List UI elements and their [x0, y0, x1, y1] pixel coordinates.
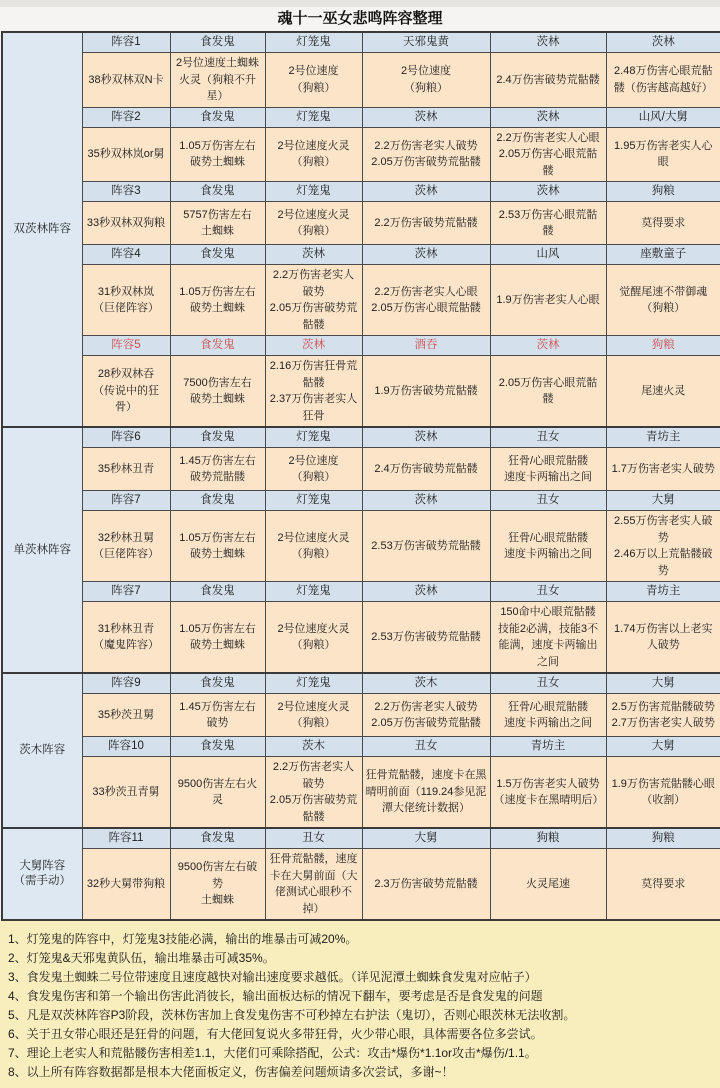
lineup-header-row: 阵容5食发鬼茨林酒吞茨林狗粮 [2, 336, 720, 356]
lineup-data-row: 35秒茨丑舅1.45万伤害左右 破势2号位速度火灵 （狗粮）2.2万伤害老实人破… [2, 694, 720, 737]
character-cell: 狗粮 [606, 828, 720, 849]
character-cell: 丑女 [490, 491, 606, 511]
detail-cell: 1.45万伤害左右 破势荒骷髅 [170, 448, 265, 491]
lineup-header-row: 阵容10食发鬼茨木丑女青坊主大舅 [2, 737, 720, 757]
lineup-label: 35秒林丑青 [82, 448, 170, 491]
lineup-label: 33秒双林双狗粮 [82, 202, 170, 245]
character-cell: 茨林 [362, 245, 490, 265]
character-cell: 茨林 [490, 107, 606, 127]
character-cell: 山风/大舅 [606, 107, 720, 127]
lineup-id: 阵容11 [82, 828, 170, 849]
character-cell: 大舅 [362, 828, 490, 849]
detail-cell: 2.2万伤害老实人破势 2.05万伤害破势荒骷髅 [362, 127, 490, 182]
character-cell: 灯笼鬼 [265, 673, 362, 694]
detail-cell: 9500伤害左右火灵 [170, 757, 265, 829]
detail-cell: 1.7万伤害老实人破势 [606, 448, 720, 491]
detail-cell: 1.74万伤害以上老实人破势 [606, 602, 720, 674]
lineup-data-row: 33秒茨丑青舅9500伤害左右火灵2.2万伤害老实人破势 2.05万伤害破势荒骷… [2, 757, 720, 829]
character-cell: 丑女 [490, 582, 606, 602]
detail-cell: 1.9万伤害破势荒骷髅 [362, 356, 490, 428]
detail-cell: 1.05万伤害左右 破势土蜘蛛 [170, 265, 265, 336]
lineup-label: 31秒林丑青 （魔鬼阵容） [82, 602, 170, 674]
detail-cell: 觉醒尾速不带御魂 （狗粮） [606, 265, 720, 336]
character-cell: 座敷童子 [606, 245, 720, 265]
detail-cell: 2.3万伤害破势荒骷髅 [362, 849, 490, 921]
character-cell: 山风 [490, 245, 606, 265]
lineup-id: 阵容3 [82, 182, 170, 202]
character-cell: 狗粮 [606, 182, 720, 202]
note-line: 8、以上所有阵容数据都是根本大佬面板定义，伤害偏差问题烦请多次尝试，多谢~！ [8, 1063, 712, 1082]
character-cell: 灯笼鬼 [265, 32, 362, 53]
lineup-label: 33秒茨丑青舅 [82, 757, 170, 829]
note-line: 3、食发鬼土蜘蛛二号位带速度且速度越快对输出速度要求越低。（详见泥潭土蜘蛛食发鬼… [8, 968, 712, 987]
character-cell: 狗粮 [606, 336, 720, 356]
lineup-data-row: 38秒双林双N卡2号位速度土蜘蛛火灵（狗粮不升星）2号位速度 （狗粮）2号位速度… [2, 53, 720, 108]
detail-cell: 2号位速度 （狗粮） [362, 53, 490, 108]
lineup-label: 32秒林丑舅 （巨佬阵容） [82, 511, 170, 582]
character-cell: 灯笼鬼 [265, 582, 362, 602]
lineup-header-row: 阵容7食发鬼灯笼鬼茨林丑女大舅 [2, 491, 720, 511]
detail-cell: 1.45万伤害左右 破势 [170, 694, 265, 737]
character-cell: 丑女 [362, 737, 490, 757]
character-cell: 丑女 [490, 673, 606, 694]
character-cell: 狗粮 [490, 828, 606, 849]
detail-cell: 火灵尾速 [490, 849, 606, 921]
lineup-data-row: 31秒双林岚 （巨佬阵容）1.05万伤害左右 破势土蜘蛛2.2万伤害老实人破势 … [2, 265, 720, 336]
detail-cell: 尾速火灵 [606, 356, 720, 428]
detail-cell: 1.05万伤害左右 破势土蜘蛛 [170, 602, 265, 674]
character-cell: 青坊主 [606, 427, 720, 448]
lineup-table-body: 双茨林阵容阵容1食发鬼灯笼鬼天邪鬼黄茨林茨林38秒双林双N卡2号位速度土蜘蛛火灵… [2, 32, 720, 920]
detail-cell: 2号位速度火灵 （狗粮） [265, 694, 362, 737]
character-cell: 灯笼鬼 [265, 107, 362, 127]
detail-cell: 2号位速度火灵 （狗粮） [265, 202, 362, 245]
detail-cell: 2.4万伤害破势荒骷髅 [490, 53, 606, 108]
detail-cell: 150命中心眼荒骷髅 技能2必满，技能3不能满，速度卡两输出之间 [490, 602, 606, 674]
detail-cell: 9500伤害左右破势 土蜘蛛 [170, 849, 265, 921]
character-cell: 茨林 [265, 336, 362, 356]
lineup-header-row: 双茨林阵容阵容1食发鬼灯笼鬼天邪鬼黄茨林茨林 [2, 32, 720, 53]
lineup-id: 阵容1 [82, 32, 170, 53]
lineup-data-row: 35秒林丑青1.45万伤害左右 破势荒骷髅2号位速度 （狗粮）2.4万伤害破势荒… [2, 448, 720, 491]
character-cell: 食发鬼 [170, 828, 265, 849]
group-label: 双茨林阵容 [2, 32, 82, 427]
character-cell: 食发鬼 [170, 427, 265, 448]
character-cell: 茨木 [362, 673, 490, 694]
note-line: 5、凡是双茨林阵容P3阶段，茨林伤害加上食发鬼伤害不可秒掉左右护法（鬼切），否则… [8, 1006, 712, 1025]
character-cell: 食发鬼 [170, 245, 265, 265]
note-line: 6、关于丑女带心眼还是狂骨的问题，有大佬回复说火多带狂骨，火少带心眼，具体需要各… [8, 1025, 712, 1044]
character-cell: 灯笼鬼 [265, 491, 362, 511]
lineup-data-row: 35秒双林岚or舅1.05万伤害左右 破势土蜘蛛2号位速度火灵 （狗粮）2.2万… [2, 127, 720, 182]
detail-cell: 5757伤害左右 土蜘蛛 [170, 202, 265, 245]
lineup-table: 双茨林阵容阵容1食发鬼灯笼鬼天邪鬼黄茨林茨林38秒双林双N卡2号位速度土蜘蛛火灵… [1, 31, 720, 921]
detail-cell: 2号位速度 （狗粮） [265, 448, 362, 491]
character-cell: 大舅 [606, 673, 720, 694]
detail-cell: 1.5万伤害老实人破势 （速度卡在黑晴明后） [490, 757, 606, 829]
character-cell: 茨林 [362, 182, 490, 202]
lineup-data-row: 31秒林丑青 （魔鬼阵容）1.05万伤害左右 破势土蜘蛛2号位速度火灵 （狗粮）… [2, 602, 720, 674]
detail-cell: 1.9万伤害荒骷髅心眼 （收割） [606, 757, 720, 829]
detail-cell: 2.2万伤害老实人破势 2.05万伤害破势荒骷髅 [362, 694, 490, 737]
character-cell: 茨林 [606, 32, 720, 53]
character-cell: 丑女 [265, 828, 362, 849]
lineup-id: 阵容6 [82, 427, 170, 448]
character-cell: 酒吞 [362, 336, 490, 356]
detail-cell: 狂骨/心眼荒骷髅 速度卡两输出之间 [490, 511, 606, 582]
detail-cell: 2.2万伤害老实人破势 2.05万伤害破势荒骷髅 [265, 265, 362, 336]
detail-cell: 1.9万伤害老实人心眼 [490, 265, 606, 336]
detail-cell: 狂骨荒骷髅，速度卡在大舅前面（大佬测试心眼秒不掉） [265, 849, 362, 921]
character-cell: 青坊主 [606, 582, 720, 602]
character-cell: 大舅 [606, 491, 720, 511]
group-label: 单茨林阵容 [2, 427, 82, 673]
group-label: 茨木阵容 [2, 673, 82, 828]
character-cell: 食发鬼 [170, 107, 265, 127]
character-cell: 食发鬼 [170, 582, 265, 602]
character-cell: 茨林 [490, 182, 606, 202]
lineup-header-row: 茨木阵容阵容9食发鬼灯笼鬼茨木丑女大舅 [2, 673, 720, 694]
character-cell: 灯笼鬼 [265, 427, 362, 448]
character-cell: 茨林 [490, 336, 606, 356]
lineup-label: 35秒茨丑舅 [82, 694, 170, 737]
detail-cell: 2.48万伤害心眼荒骷髅（伤害越高越好） [606, 53, 720, 108]
detail-cell: 1.95万伤害老实人心眼 [606, 127, 720, 182]
lineup-label: 35秒双林岚or舅 [82, 127, 170, 182]
character-cell: 食发鬼 [170, 491, 265, 511]
lineup-label: 38秒双林双N卡 [82, 53, 170, 108]
detail-cell: 2.16万伤害狂骨荒骷髅 2.37万伤害老实人狂骨 [265, 356, 362, 428]
lineup-header-row: 大舅阵容 （需手动）阵容11食发鬼丑女大舅狗粮狗粮 [2, 828, 720, 849]
lineup-label: 32秒大舅带狗粮 [82, 849, 170, 921]
detail-cell: 2.05万伤害心眼荒骷髅 [490, 356, 606, 428]
top-strip [0, 0, 720, 7]
character-cell: 食发鬼 [170, 182, 265, 202]
page: 魂十一巫女悲鸣阵容整理 双茨林阵容阵容1食发鬼灯笼鬼天邪鬼黄茨林茨林38秒双林双… [0, 0, 720, 1088]
lineup-header-row: 单茨林阵容阵容6食发鬼灯笼鬼茨林丑女青坊主 [2, 427, 720, 448]
detail-cell: 2.53万伤害破势荒骷髅 [362, 511, 490, 582]
lineup-header-row: 阵容7食发鬼灯笼鬼茨林丑女青坊主 [2, 582, 720, 602]
lineup-label: 28秒双林吞 （传说中的狂骨） [82, 356, 170, 428]
detail-cell: 2.2万伤害老实人心眼 2.05万伤害心眼荒骷髅 [362, 265, 490, 336]
character-cell: 茨木 [265, 737, 362, 757]
character-cell: 茨林 [265, 245, 362, 265]
lineup-data-row: 33秒双林双狗粮5757伤害左右 土蜘蛛2号位速度火灵 （狗粮）2.2万伤害破势… [2, 202, 720, 245]
notes-section: 1、灯笼鬼的阵容中，灯笼鬼3技能必满，输出的堆暴击可减20%。2、灯笼鬼&天邪鬼… [0, 921, 720, 1088]
character-cell: 青坊主 [490, 737, 606, 757]
note-line: 4、食发鬼伤害和第一个输出伤害此消彼长，输出面板达标的情况下翻车，要考虑是否是食… [8, 987, 712, 1006]
lineup-id: 阵容2 [82, 107, 170, 127]
lineup-data-row: 32秒林丑舅 （巨佬阵容）1.05万伤害左右 破势土蜘蛛2号位速度火灵 （狗粮）… [2, 511, 720, 582]
detail-cell: 莫得要求 [606, 849, 720, 921]
detail-cell: 2.4万伤害破势荒骷髅 [362, 448, 490, 491]
character-cell: 灯笼鬼 [265, 182, 362, 202]
character-cell: 天邪鬼黄 [362, 32, 490, 53]
character-cell: 茨林 [362, 427, 490, 448]
character-cell: 食发鬼 [170, 32, 265, 53]
character-cell: 食发鬼 [170, 737, 265, 757]
lineup-header-row: 阵容2食发鬼灯笼鬼茨林茨林山风/大舅 [2, 107, 720, 127]
note-line: 7、理论上老实人和荒骷髅伤害相差1.1，大佬们可乘除搭配，公式：攻击*爆伤*1.… [8, 1044, 712, 1063]
note-line: 2、灯笼鬼&天邪鬼黄队伍，输出堆暴击可减35%。 [8, 949, 712, 968]
page-title: 魂十一巫女悲鸣阵容整理 [0, 7, 720, 31]
detail-cell: 2.53万伤害心眼荒骷髅 [490, 202, 606, 245]
lineup-id: 阵容4 [82, 245, 170, 265]
character-cell: 丑女 [490, 427, 606, 448]
detail-cell: 1.05万伤害左右 破势土蜘蛛 [170, 127, 265, 182]
lineup-header-row: 阵容3食发鬼灯笼鬼茨林茨林狗粮 [2, 182, 720, 202]
character-cell: 食发鬼 [170, 336, 265, 356]
note-line: 1、灯笼鬼的阵容中，灯笼鬼3技能必满，输出的堆暴击可减20%。 [8, 930, 712, 949]
detail-cell: 莫得要求 [606, 202, 720, 245]
detail-cell: 2.2万伤害破势荒骷髅 [362, 202, 490, 245]
lineup-data-row: 32秒大舅带狗粮9500伤害左右破势 土蜘蛛狂骨荒骷髅，速度卡在大舅前面（大佬测… [2, 849, 720, 921]
group-label: 大舅阵容 （需手动） [2, 828, 82, 920]
lineup-id: 阵容7 [82, 582, 170, 602]
character-cell: 食发鬼 [170, 673, 265, 694]
lineup-id: 阵容10 [82, 737, 170, 757]
character-cell: 茨林 [362, 582, 490, 602]
detail-cell: 2号位速度 （狗粮） [265, 53, 362, 108]
detail-cell: 2.53万伤害破势荒骷髅 [362, 602, 490, 674]
detail-cell: 狂骨/心眼荒骷髅 速度卡两输出之间 [490, 448, 606, 491]
character-cell: 茨林 [362, 491, 490, 511]
lineup-data-row: 28秒双林吞 （传说中的狂骨）7500伤害左右 破势土蜘蛛2.16万伤害狂骨荒骷… [2, 356, 720, 428]
detail-cell: 2.2万伤害老实人破势 2.05万伤害破势荒骷髅 [265, 757, 362, 829]
lineup-id: 阵容9 [82, 673, 170, 694]
detail-cell: 2.2万伤害老实人心眼 2.05万伤害心眼荒骷髅 [490, 127, 606, 182]
detail-cell: 狂骨/心眼荒骷髅 速度卡两输出之间 [490, 694, 606, 737]
lineup-id: 阵容7 [82, 491, 170, 511]
detail-cell: 2号位速度火灵 （狗粮） [265, 602, 362, 674]
detail-cell: 7500伤害左右 破势土蜘蛛 [170, 356, 265, 428]
detail-cell: 2号位速度火灵 （狗粮） [265, 511, 362, 582]
lineup-header-row: 阵容4食发鬼茨林茨林山风座敷童子 [2, 245, 720, 265]
detail-cell: 2.5万伤害荒骷髅破势 2.7万伤害老实人破势 [606, 694, 720, 737]
detail-cell: 2号位速度土蜘蛛火灵（狗粮不升星） [170, 53, 265, 108]
detail-cell: 2.55万伤害老实人破势 2.46万以上荒骷髅破势 [606, 511, 720, 582]
character-cell: 茨林 [362, 107, 490, 127]
detail-cell: 1.05万伤害左右 破势土蜘蛛 [170, 511, 265, 582]
lineup-label: 31秒双林岚 （巨佬阵容） [82, 265, 170, 336]
character-cell: 茨林 [490, 32, 606, 53]
detail-cell: 2号位速度火灵 （狗粮） [265, 127, 362, 182]
detail-cell: 狂骨荒骷髅，速度卡在黑晴明前面（119.24参见泥潭大佬统计数据） [362, 757, 490, 829]
lineup-id: 阵容5 [82, 336, 170, 356]
character-cell: 大舅 [606, 737, 720, 757]
